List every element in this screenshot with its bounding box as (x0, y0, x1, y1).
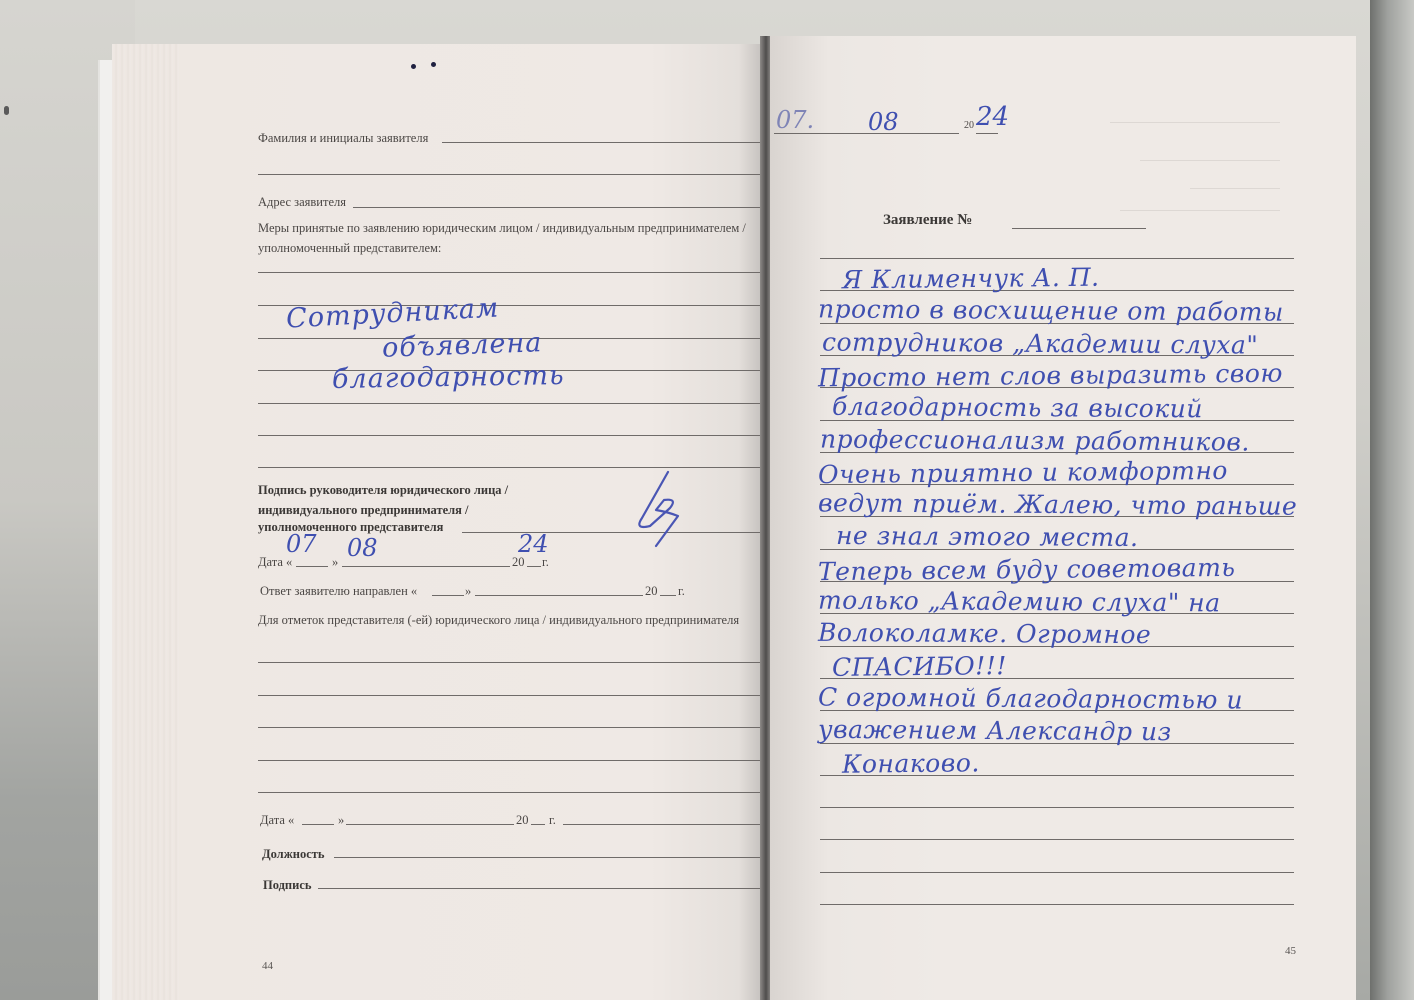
bottom-date-label: Дата « (260, 813, 294, 828)
reply-year-suffix: г. (678, 584, 685, 599)
notes-line (258, 760, 768, 761)
statement-handwritten-line: не знал этого места. (836, 521, 1139, 552)
statement-handwritten-line: Я Клименчук А. П. (842, 263, 1100, 295)
notes-line (258, 792, 768, 793)
measures-line (258, 435, 768, 436)
bottom-year-line (531, 824, 545, 825)
date-month-line (342, 566, 510, 567)
handwritten-date-month: 08 (347, 534, 378, 562)
bottom-date-month-line (346, 824, 514, 825)
bottom-year-prefix: 20 (516, 813, 529, 828)
statement-handwritten-line: Конаково. (842, 748, 980, 778)
statement-ruled-line (820, 258, 1294, 259)
notes-line (258, 662, 768, 663)
bottom-date-quote-close: » (338, 813, 344, 828)
statement-handwritten-line: просто в восхищение от работы (818, 294, 1284, 326)
bleed-through-line (1120, 210, 1280, 211)
signature-label-1: Подпись руководителя юридического лица / (258, 483, 508, 498)
reply-year-line (660, 595, 676, 596)
date-quote-close: » (332, 555, 338, 570)
statement-ruled-line (820, 839, 1294, 840)
signature-line (462, 532, 768, 533)
position-label: Должность (262, 847, 325, 862)
reply-month-line (475, 595, 643, 596)
measures-line (258, 272, 768, 273)
handwritten-measures-2: объявлена (382, 327, 543, 364)
ink-dot (431, 62, 436, 67)
bleed-through-line (1110, 122, 1280, 123)
reply-day-line (432, 595, 464, 596)
statement-handwritten-line: сотрудников „Академии слуха" (822, 327, 1259, 359)
notes-label: Для отметок представителя (-ей) юридичес… (258, 613, 739, 628)
page-number-left: 44 (262, 960, 273, 972)
statement-handwritten-line: благодарность за высокий (832, 392, 1203, 424)
dust-speck (4, 106, 9, 115)
applicant-name-line-2 (258, 174, 768, 175)
statement-handwritten-line: СПАСИБО!!! (832, 651, 1007, 682)
applicant-address-label: Адрес заявителя (258, 195, 346, 210)
handwritten-date-day: 07 (286, 530, 317, 558)
ink-dot (411, 64, 416, 69)
notes-line (258, 727, 768, 728)
scanner-background-right (1370, 0, 1414, 1000)
page-number-right: 45 (1285, 945, 1296, 957)
statement-handwritten-line: Очень приятно и комфортно (818, 456, 1228, 489)
reply-year-prefix: 20 (645, 584, 658, 599)
statement-ruled-line (820, 904, 1294, 905)
measures-line (258, 467, 768, 468)
handwritten-date-month-right: 08 (868, 108, 899, 136)
notes-line (258, 695, 768, 696)
applicant-address-line (353, 207, 768, 208)
date-year-line-right (976, 133, 998, 134)
handwritten-signature-icon (620, 470, 700, 550)
applicant-name-line (442, 142, 768, 143)
statement-handwritten-line: уважением Александр из (818, 715, 1172, 746)
page-stack-edges (112, 44, 186, 1000)
handwritten-date-day-right: 07. (776, 106, 814, 134)
statement-handwritten-line: профессионализм работников. (820, 424, 1250, 456)
statement-handwritten-line: С огромной благодарностью и (818, 683, 1243, 715)
date-line-right (774, 133, 959, 134)
statement-title: Заявление № (883, 212, 972, 229)
reply-quote-close: » (465, 584, 471, 599)
measures-label-1: Меры принятые по заявлению юридическим л… (258, 221, 746, 236)
statement-handwritten-line: Волоколамке. Огромное (818, 618, 1151, 649)
position-line (334, 857, 768, 858)
reply-label: Ответ заявителю направлен « (260, 584, 417, 599)
statement-ruled-line (820, 872, 1294, 873)
statement-handwritten-line: Просто нет слов выразить свою (818, 359, 1283, 393)
statement-handwritten-line: Теперь всем буду советовать (818, 553, 1236, 586)
statement-handwritten-line: только „Академию слуха" на (818, 586, 1221, 618)
bleed-through-line (1190, 188, 1280, 189)
handwritten-date-year: 24 (518, 530, 549, 558)
date-year-prefix-right: 20 (964, 120, 974, 131)
bottom-date-day-line (302, 824, 334, 825)
date-year-line (527, 566, 541, 567)
sign-label: Подпись (263, 878, 312, 893)
statement-handwritten-line: ведут приём. Жалею, что раньше (818, 488, 1297, 520)
sign-line (318, 888, 768, 889)
signature-label-2: индивидуального предпринимателя / (258, 503, 469, 518)
statement-ruled-line (820, 807, 1294, 808)
bottom-date-extra-line (563, 824, 768, 825)
bottom-year-suffix: г. (549, 813, 556, 828)
handwritten-measures-3: благодарность (332, 360, 565, 395)
statement-number-line (1012, 228, 1146, 229)
date-day-line (296, 566, 328, 567)
handwritten-date-year-right: 24 (976, 102, 1009, 132)
bleed-through-line (1140, 160, 1280, 161)
measures-label-2: уполномоченный представителем: (258, 241, 441, 256)
applicant-name-label: Фамилия и инициалы заявителя (258, 131, 428, 146)
measures-line (258, 403, 768, 404)
